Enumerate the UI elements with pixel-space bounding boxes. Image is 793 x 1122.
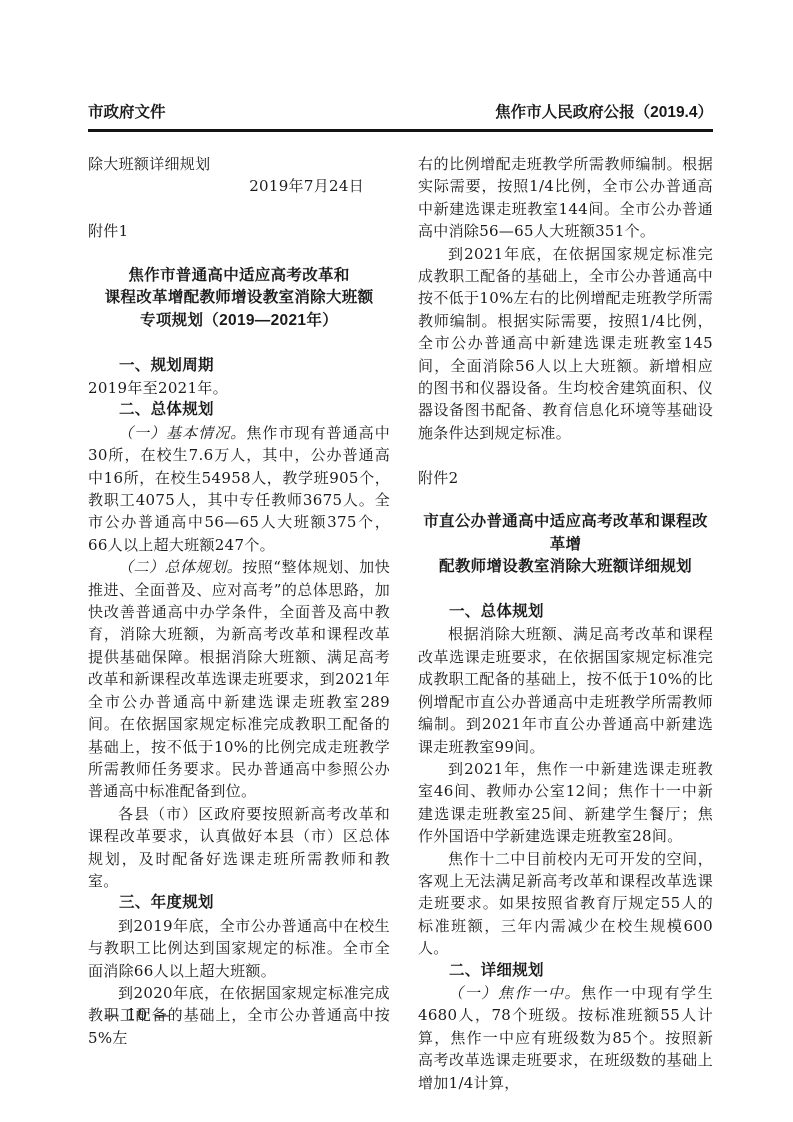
paragraph: 各县（市）区政府要按照新高考改革和课程改革要求，认真做好本县（市）区总体规划，及… — [88, 803, 390, 893]
paragraph: （二）总体规划。按照“整体规划、加快推进、全面普及、应对高考”的总体思路，加快改… — [88, 556, 390, 802]
header-right-label: 焦作市人民政府公报（2019.4） — [495, 103, 713, 123]
header-rule — [88, 129, 713, 132]
document-body: 除大班额详细规划2019年7月24日附件1焦作市普通高中适应高考改革和课程改革增… — [88, 153, 713, 1094]
document-date: 2019年7月24日 — [88, 175, 390, 197]
paragraph-lead-label: （二）总体规划。 — [118, 558, 242, 576]
paragraph: （一）基本情况。焦作市现有普通高中30所，在校生7.6万人，其中，公办普通高中1… — [88, 422, 390, 556]
gazette-page: 市政府文件 焦作市人民政府公报（2019.4） 除大班额详细规划2019年7月2… — [0, 0, 793, 1122]
right-column: 右的比例增配走班教学所需教师编制。根据实际需要，按照1/4比例，全市公办普通高中… — [418, 153, 713, 1094]
section-heading: 二、总体规划 — [88, 399, 390, 421]
paragraph: 焦作十二中目前校内无可开发的空间，客观上无法满足新高考改革和课程改革选课走班要求… — [418, 848, 713, 960]
blank-line — [418, 579, 713, 601]
page-header: 市政府文件 焦作市人民政府公报（2019.4） — [88, 103, 713, 123]
paragraph: 附件2 — [418, 467, 713, 489]
section-heading: 二、详细规划 — [418, 960, 713, 982]
blank-line — [88, 243, 390, 265]
paragraph-continuation: 右的比例增配走班教学所需教师编制。根据实际需要，按照1/4比例，全市公办普通高中… — [418, 153, 713, 243]
paragraph: 到2019年底，全市公办普通高中在校生与教职工比例达到国家规定的标准。全市全面消… — [88, 915, 390, 982]
attachment-title-line: 配教师增设教室消除大班额详细规划 — [418, 556, 713, 578]
section-heading: 一、总体规划 — [418, 601, 713, 623]
paragraph-lead-label: （一）焦作一中。 — [448, 984, 581, 1002]
paragraph: 除大班额详细规划 — [88, 153, 390, 175]
attachment-title-line: 课程改革增配教师增设教室消除大班额 — [88, 287, 390, 309]
attachment-title-line: 焦作市普通高中适应高考改革和 — [88, 265, 390, 287]
blank-line — [88, 332, 390, 354]
attachment-title-line: 市直公办普通高中适应高考改革和课程改革增 — [418, 511, 713, 556]
attachment-title-line: 专项规划（2019—2021年） — [88, 310, 390, 332]
header-left-label: 市政府文件 — [88, 103, 166, 123]
blank-line — [418, 489, 713, 511]
paragraph: 到2021年，焦作一中新建选课走班教室46间、教师办公室12间；焦作十一中新建选… — [418, 758, 713, 848]
left-column: 除大班额详细规划2019年7月24日附件1焦作市普通高中适应高考改革和课程改革增… — [88, 153, 390, 1094]
paragraph-continuation: 2019年至2021年。 — [88, 377, 390, 399]
blank-line — [88, 198, 390, 220]
section-heading: 三、年度规划 — [88, 892, 390, 914]
section-heading: 一、规划周期 — [88, 355, 390, 377]
paragraph: 到2021年底，在依据国家规定标准完成教职工配备的基础上，全市公办普通高中按不低… — [418, 243, 713, 445]
paragraph: 附件1 — [88, 220, 390, 242]
blank-line — [418, 444, 713, 466]
paragraph: （一）焦作一中。焦作一中现有学生4680人，78个班级。按标准班额55人计算，焦… — [418, 982, 713, 1094]
paragraph: 根据消除大班额、满足高考改革和课程改革选课走班要求，在依据国家规定标准完成教职工… — [418, 623, 713, 757]
paragraph-lead-label: （一）基本情况。 — [118, 424, 246, 442]
page-number: — 10 — — [104, 1005, 171, 1025]
